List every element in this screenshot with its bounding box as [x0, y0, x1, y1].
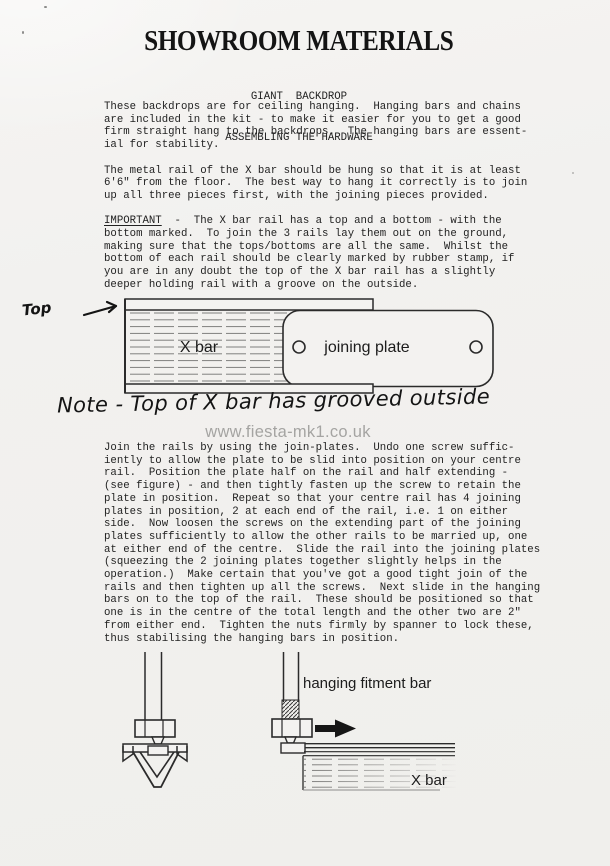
- xbar-top-groove: [125, 299, 373, 310]
- paragraph-important: IMPORTANT - The X bar rail has a top and…: [104, 215, 527, 291]
- plate-screw-hole-left: [293, 341, 305, 353]
- important-first-line: IMPORTANT - The X bar rail has a top and…: [104, 215, 527, 228]
- watermark: www.fiesta-mk1.co.uk: [205, 423, 371, 442]
- handwritten-top-note: Top: [21, 299, 52, 320]
- v-channel-outer: [133, 752, 179, 787]
- fitment-cross-section-diagram: [110, 650, 230, 800]
- important-rest: bottom marked. To join the 3 rails lay t…: [104, 228, 527, 292]
- page-title-text: SHOWROOM MATERIALS: [144, 25, 453, 58]
- paragraph-metal-rail: The metal rail of the X bar should be hu…: [104, 165, 527, 203]
- xbar-bottom-label: X bar: [411, 772, 447, 789]
- page-title: SHOWROOM MATERIALS: [0, 25, 604, 58]
- fitment-foot: [281, 743, 305, 753]
- slide-direction-arrow-icon: [315, 720, 356, 738]
- handwritten-arrow-icon: [82, 299, 126, 321]
- paper-speck: [44, 6, 47, 8]
- plate-screw-hole-right: [470, 341, 482, 353]
- assembly-text-block: Join the rails by using the join-plates.…: [104, 442, 540, 645]
- fitment-neck: [285, 737, 296, 743]
- hanging-fitment-bar-label: hanging fitment bar: [303, 675, 431, 692]
- paragraph-ceiling-hanging: These backdrops are for ceiling hanging.…: [104, 101, 527, 152]
- important-first-line-rest: - The X bar rail has a top and a bottom …: [162, 215, 502, 227]
- threaded-section: [282, 700, 299, 719]
- important-label: IMPORTANT: [104, 215, 162, 227]
- intro-text-block: These backdrops are for ceiling hanging.…: [104, 101, 527, 292]
- fitment-neck: [152, 737, 164, 744]
- scanned-page: SHOWROOM MATERIALS GIANT BACKDROP ASSEMB…: [0, 0, 610, 866]
- nut-block: [135, 720, 175, 737]
- xbar-diagram-label: X bar: [180, 339, 218, 357]
- fitment-foot: [148, 746, 168, 755]
- paragraph-join-rails: Join the rails by using the join-plates.…: [104, 442, 540, 645]
- joining-plate-label: joining plate: [324, 339, 409, 357]
- nut-block: [272, 719, 312, 737]
